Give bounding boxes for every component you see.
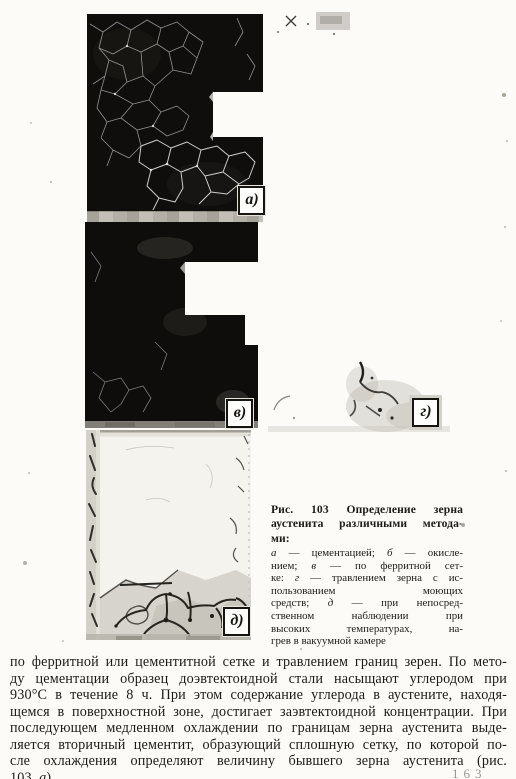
body-paragraph: по ферритной или цементитной сетке и тра… — [10, 654, 507, 779]
photo-g-label: г) — [412, 398, 439, 427]
scan-specks — [0, 0, 2, 2]
figure-caption-legend: а — цементацией; б — окисле-нием; в — по… — [271, 547, 463, 647]
photo-d-label: д) — [223, 607, 250, 636]
photo-v-label: в) — [226, 399, 253, 428]
figure-caption-title: Рис. 103 Определение зернааустенита разл… — [271, 503, 463, 546]
scan-marks-top-right — [264, 8, 364, 42]
micrograph-v — [85, 222, 258, 428]
page-number: 163 — [452, 766, 487, 779]
figure-caption: Рис. 103 Определение зернааустенита разл… — [271, 503, 463, 648]
micrograph-a — [87, 14, 263, 212]
photo-a-label: а) — [238, 186, 265, 215]
photo-divider-band — [87, 211, 263, 222]
book-page: а) в) г) д) Рис. 103 Определение зернаау… — [0, 0, 516, 779]
